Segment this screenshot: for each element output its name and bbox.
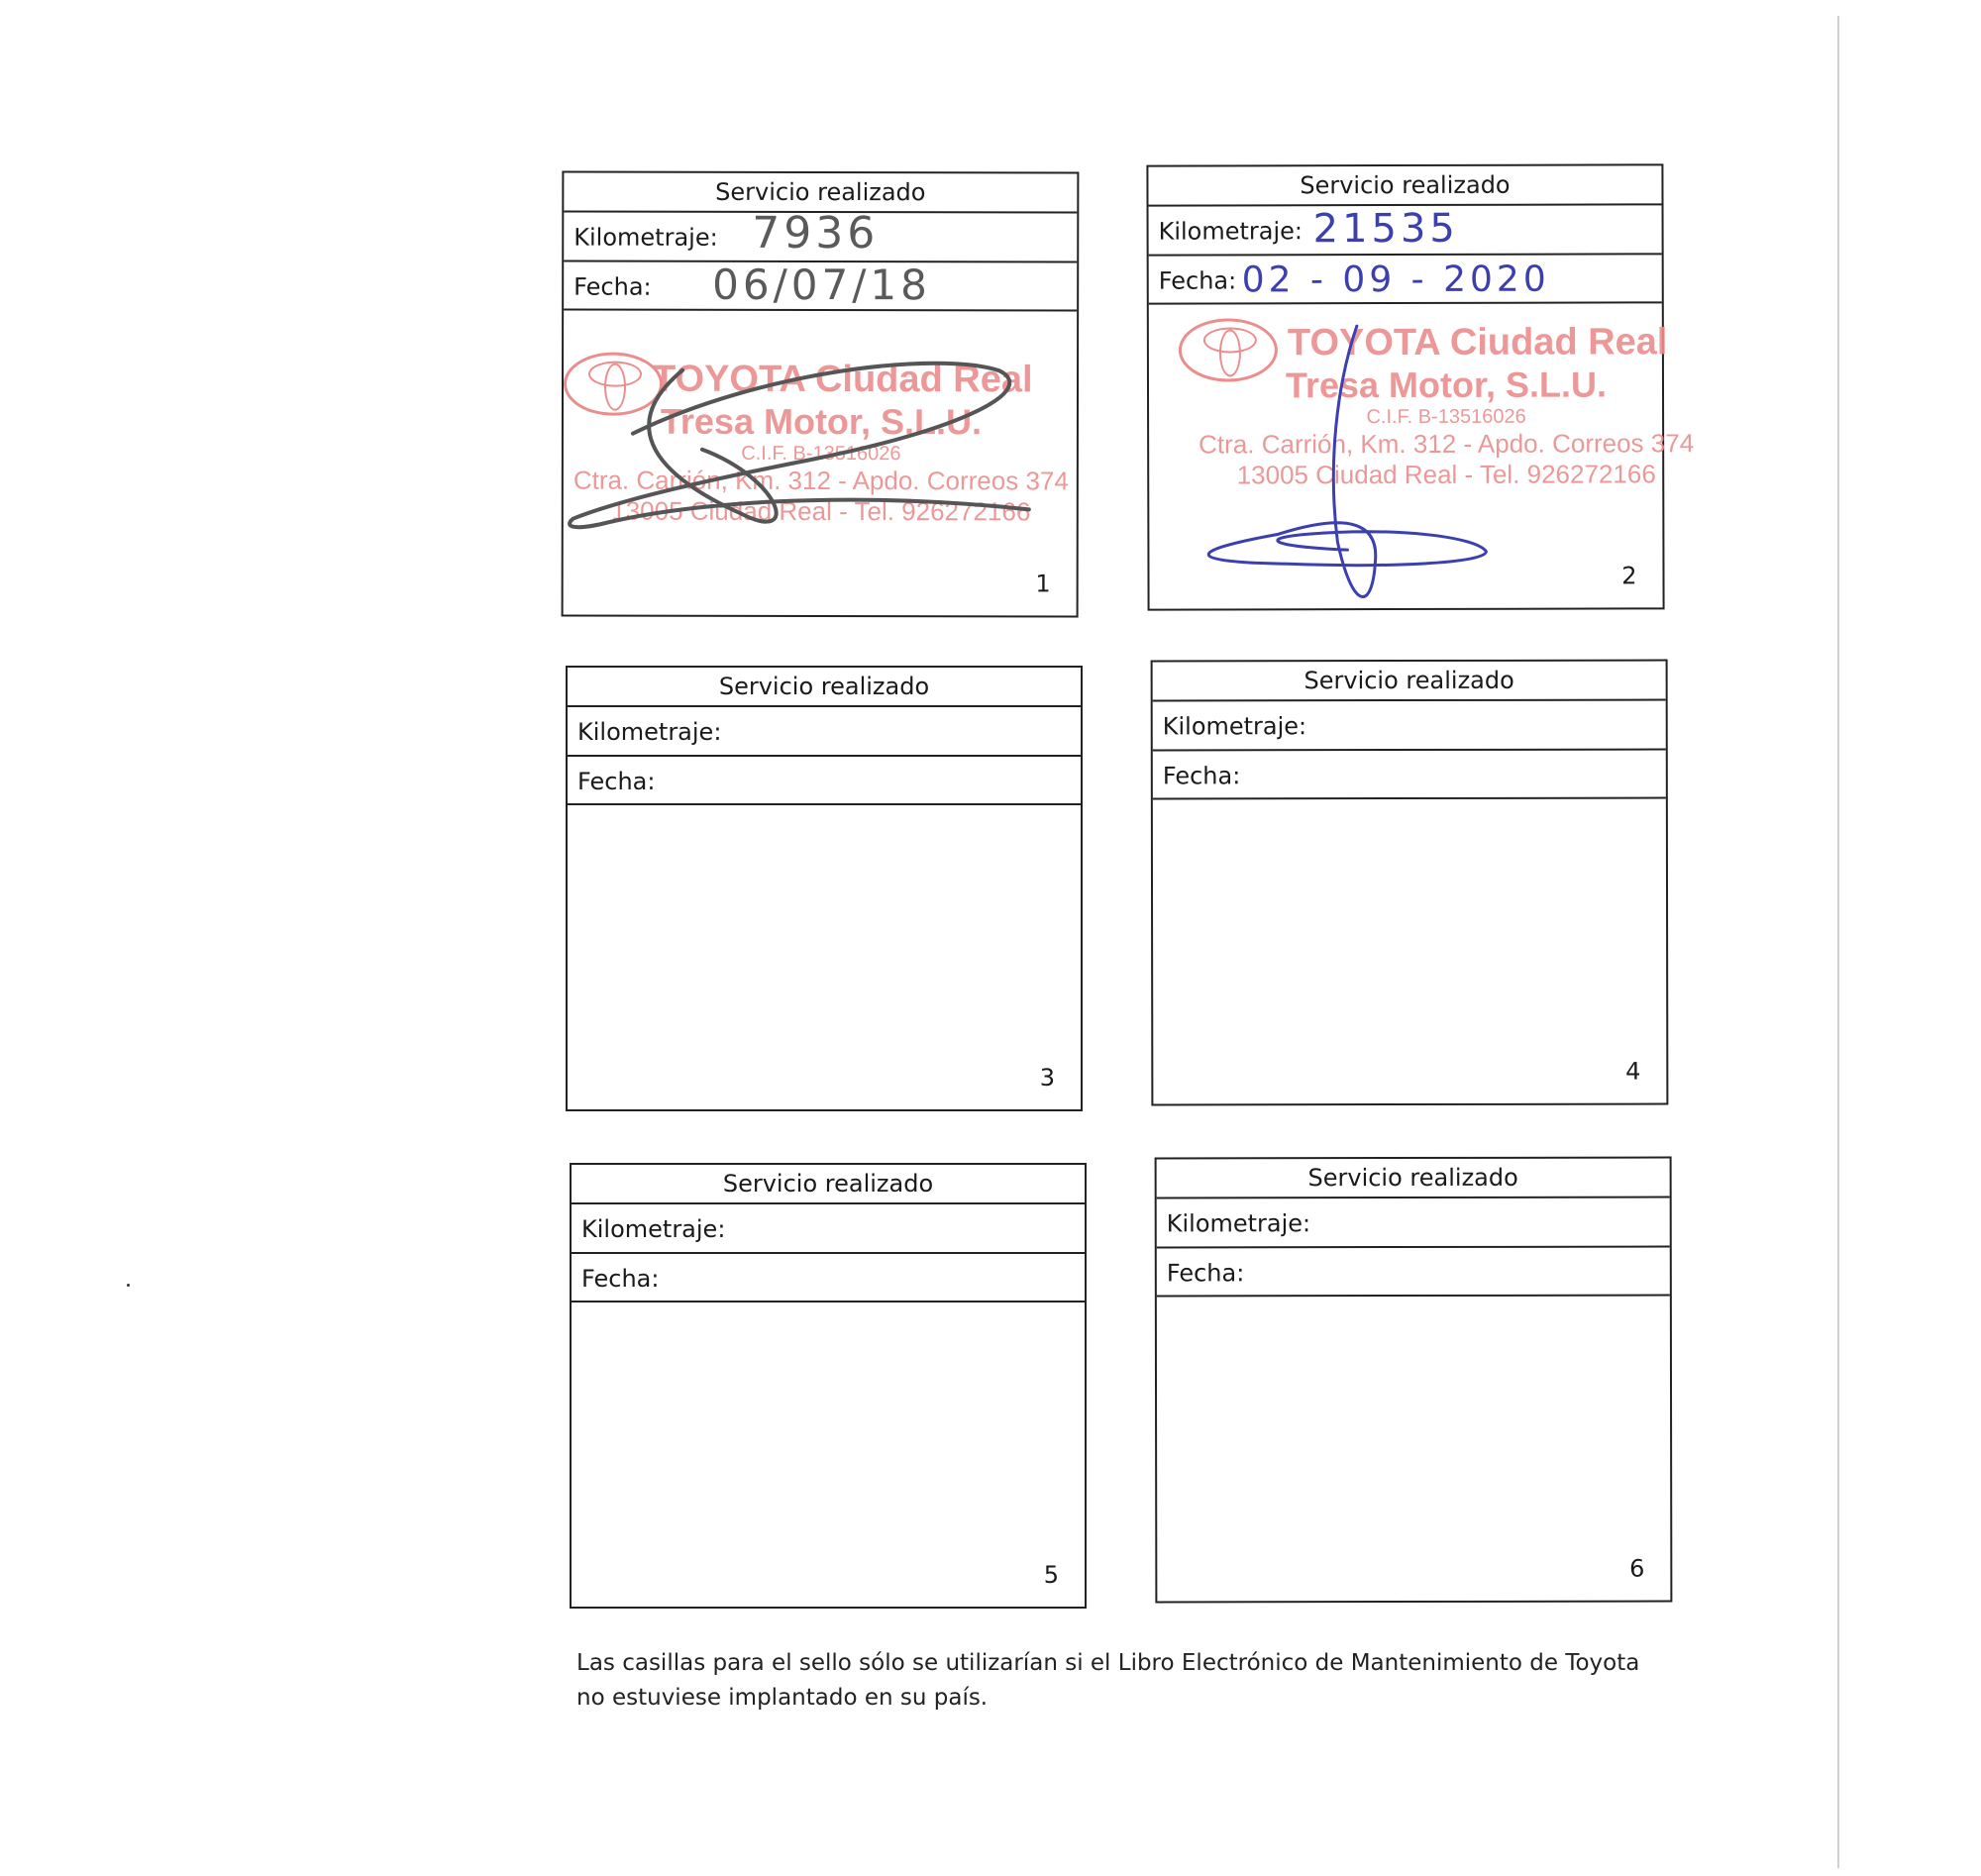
box-number: 3 [1040, 1064, 1055, 1092]
mileage-label: Kilometraje: [577, 707, 721, 757]
service-box-title: Servicio realizado [1148, 165, 1661, 206]
service-box-5: Servicio realizado Kilometraje: Fecha: 5 [570, 1163, 1087, 1609]
date-value: 02 - 09 - 2020 [1242, 256, 1550, 306]
mileage-label: Kilometraje: [581, 1204, 725, 1254]
date-row[interactable]: Fecha: [568, 757, 1081, 805]
mileage-row: Kilometraje: 21535 [1149, 205, 1662, 256]
date-row: Fecha: 06/07/18 [564, 262, 1077, 312]
box-number: 2 [1621, 562, 1636, 589]
date-label: Fecha: [1159, 256, 1237, 305]
mileage-row: Kilometraje: 7936 [564, 213, 1077, 263]
stamp-area: TOYOTA Ciudad Real Tresa Motor, S.L.U. C… [1149, 303, 1663, 608]
mileage-value: 21535 [1313, 204, 1459, 254]
service-box-title: Servicio realizado [1153, 662, 1666, 702]
mileage-row[interactable]: Kilometraje: [1157, 1199, 1670, 1249]
stamp-area [572, 1303, 1085, 1607]
footnote: Las casillas para el sello sólo se utili… [576, 1646, 1716, 1716]
stamp-area: TOYOTA Ciudad Real Tresa Motor, S.L.U. C… [564, 311, 1078, 616]
date-label: Fecha: [573, 262, 652, 312]
date-row[interactable]: Fecha: [572, 1254, 1085, 1303]
service-box-2: Servicio realizado Kilometraje: 21535 Fe… [1146, 163, 1664, 610]
mileage-value: 7936 [752, 209, 879, 259]
date-row: Fecha: 02 - 09 - 2020 [1149, 255, 1662, 304]
box-number: 1 [1035, 570, 1050, 597]
box-number: 6 [1629, 1555, 1644, 1583]
date-row[interactable]: Fecha: [1157, 1248, 1670, 1298]
date-value: 06/07/18 [712, 261, 931, 310]
page-edge-shadow [1837, 16, 1839, 1868]
scan-speck [127, 1284, 130, 1287]
service-box-3: Servicio realizado Kilometraje: Fecha: 3 [566, 666, 1083, 1111]
service-box-title: Servicio realizado [568, 668, 1081, 707]
dealer-stamp: TOYOTA Ciudad Real Tresa Motor, S.L.U. C… [544, 359, 1098, 528]
stamp-area [1157, 1297, 1671, 1602]
mileage-row[interactable]: Kilometraje: [572, 1204, 1085, 1254]
service-box-1: Servicio realizado Kilometraje: 7936 Fec… [562, 171, 1080, 618]
service-box-title: Servicio realizado [572, 1165, 1085, 1204]
box-number: 4 [1625, 1058, 1640, 1086]
box-number: 5 [1044, 1561, 1059, 1589]
footnote-line-2: no estuviese implantado en su país. [576, 1681, 1716, 1716]
stamp-area [1153, 799, 1667, 1104]
date-row[interactable]: Fecha: [1153, 751, 1666, 800]
footnote-line-1: Las casillas para el sello sólo se utili… [576, 1646, 1716, 1681]
date-label: Fecha: [577, 757, 655, 806]
service-box-title: Servicio realizado [1157, 1159, 1670, 1199]
mileage-label: Kilometraje: [573, 213, 717, 262]
service-box-4: Servicio realizado Kilometraje: Fecha: 4 [1151, 660, 1669, 1106]
date-label: Fecha: [1163, 751, 1241, 800]
date-label: Fecha: [581, 1254, 659, 1303]
mileage-row[interactable]: Kilometraje: [568, 707, 1081, 757]
mileage-label: Kilometraje: [1159, 206, 1303, 256]
date-label: Fecha: [1167, 1248, 1245, 1298]
mileage-label: Kilometraje: [1167, 1199, 1310, 1248]
mileage-row[interactable]: Kilometraje: [1153, 701, 1666, 752]
stamp-area [568, 805, 1081, 1109]
service-box-6: Servicio realizado Kilometraje: Fecha: 6 [1155, 1157, 1673, 1604]
mileage-label: Kilometraje: [1163, 701, 1306, 751]
dealer-stamp: TOYOTA Ciudad Real Tresa Motor, S.L.U. C… [1169, 321, 1723, 490]
